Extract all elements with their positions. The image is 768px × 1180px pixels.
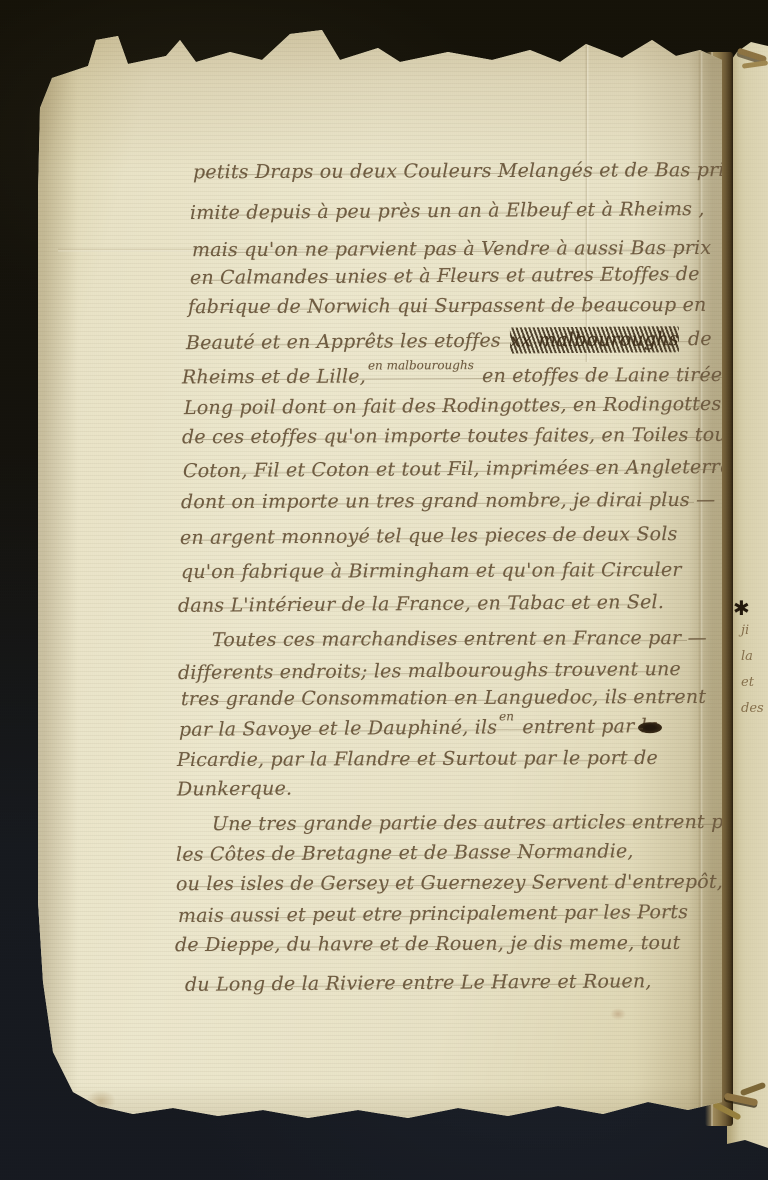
margin-note-fragment: des	[733, 696, 768, 722]
interline-insertion: en malbouroughs	[368, 358, 474, 372]
asterisk-marker: ✱	[733, 598, 768, 618]
manuscript-line: ou les isles de Gersey et Guernezey Serv…	[176, 871, 723, 895]
manuscript-line: Beauté et en Apprêts les etoffes xx malb…	[186, 328, 712, 354]
line-text: Rheims et de Lille,	[182, 366, 366, 389]
struck-word: xx malbouroughs	[510, 328, 679, 351]
manuscript-line: mais qu'on ne parvient pas à Vendre à au…	[192, 237, 711, 261]
manuscript-page: petits Draps ou deux Couleurs Melangés e…	[38, 22, 722, 1144]
manuscript-line: mais aussi et peut etre principalement p…	[178, 901, 688, 927]
manuscript-line: de Dieppe, du havre et de Rouen, je dis …	[175, 932, 681, 956]
paper-stain	[610, 1008, 626, 1020]
manuscript-line: en argent monnoyé tel que les pieces de …	[180, 523, 678, 549]
line-text: entrent par la	[516, 715, 659, 738]
manuscript-line: en Calmandes unies et à Fleurs et autres…	[190, 263, 700, 289]
manuscript-line: dont on importe un tres grand nombre, je…	[181, 489, 715, 513]
manuscript-line: dans L'intérieur de la France, en Tabac …	[178, 591, 664, 617]
margin-note-fragment: la	[733, 644, 768, 670]
margin-note: ✱ ji la et des	[733, 598, 768, 722]
margin-note-fragment: ji	[733, 618, 768, 644]
manuscript-line: Coton, Fil et Coton et tout Fil, imprimé…	[183, 456, 738, 482]
manuscript-line: qu'on fabrique à Birmingham et qu'on fai…	[181, 559, 682, 583]
manuscript-line: de ces etoffes qu'on importe toutes fait…	[182, 424, 735, 448]
manuscript-line: Toutes ces marchandises entrent en Franc…	[212, 627, 707, 651]
manuscript-line: differents endroits; les malbouroughs tr…	[178, 658, 681, 684]
manuscript-line: Long poil dont on fait des Rodingottes, …	[184, 393, 722, 419]
manuscript-line: tres grande Consommation en Languedoc, i…	[181, 686, 706, 710]
interline-insertion: en	[499, 709, 514, 723]
photo-background: ✱ ji la et des petits Draps ou deux Coul…	[0, 0, 768, 1180]
paper-stain	[86, 1090, 116, 1112]
ink-blot	[638, 722, 662, 733]
manuscript-line: par la Savoye et le Dauphiné, ilsen entr…	[179, 715, 663, 741]
margin-note-fragment: et	[733, 670, 768, 696]
manuscript-line: Dunkerque.	[177, 778, 292, 801]
manuscript-line: petits Draps ou deux Couleurs Melangés e…	[193, 159, 768, 184]
manuscript-line: les Côtes de Bretagne et de Basse Norman…	[176, 840, 634, 866]
manuscript-line: Une tres grande partie des autres articl…	[212, 811, 744, 835]
manuscript-line: imite depuis à peu près un an à Elbeuf e…	[190, 198, 705, 224]
line-text: de	[682, 328, 712, 350]
manuscript-line: du Long de la Riviere entre Le Havre et …	[185, 970, 652, 996]
paper-texture	[727, 40, 768, 1148]
line-text: Beauté et en Apprêts les etoffes	[186, 330, 507, 355]
manuscript-line: Picardie, par la Flandre et Surtout par …	[177, 747, 658, 771]
next-page-edge	[727, 40, 768, 1148]
line-text: par la Savoye et le Dauphiné, ils	[179, 716, 497, 740]
manuscript-line: Rheims et de Lille,en malbouroughs en et…	[182, 364, 768, 389]
manuscript-line: fabrique de Norwich qui Surpassent de be…	[188, 294, 707, 318]
